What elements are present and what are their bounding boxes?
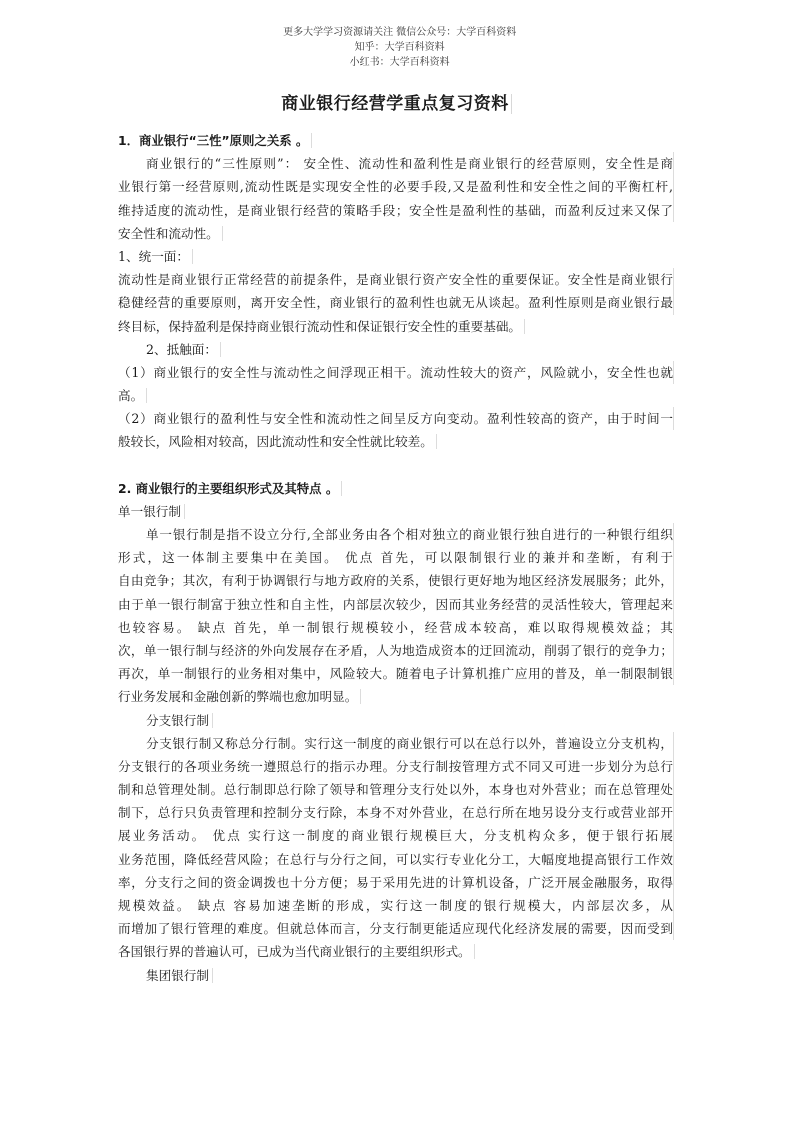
text-line: 形式，这一体制主要集中在美国。 优点 首先，可以限制银行业的兼并和垄断，有利于 [118,546,674,569]
text-line: 行业务发展和金融创新的弊端也愈加明显。 [118,685,674,708]
text-line: 单一银行制是指不设立分行,全部业务由各个相对独立的商业银行独自进行的一种银行组织 [118,523,674,546]
paragraph-conflict: （1）商业银行的安全性与流动性之间浮现正相干。流动性较大的资产，风险就小，安全性… [118,361,674,454]
text-line: 高。 [118,384,674,407]
text-line: 也较容易。 缺点 首先，单一制银行规模较小，经营成本较高，难以取得规模效益；其 [118,616,674,639]
document-title: 商业银行经营学重点复习资料 [0,89,793,114]
paragraph-unity: 流动性是商业银行正常经营的前提条件，是商业银行资产安全性的重要保证。安全性是商业… [118,268,674,338]
section-heading-organization-forms: 2. 商业银行的主要组织形式及其特点 。 [118,477,674,500]
text-line: 维持适度的流动性，是商业银行经营的策略手段；安全性是盈利性的基础，而盈利反过来又… [118,199,674,222]
text-line: 业银行第一经营原则,流动性既是实现安全性的必要手段,又是盈利性和安全性之间的平衡… [118,175,674,198]
header-wechat-text: 更多大学学习资源请关注 微信公众号：大学百科资料 [283,27,516,38]
text-line: 再次，单一制银行的业务相对集中，风险较大。随着电子计算机推广应用的普及，单一制限… [118,662,674,685]
subheading-group-banking: 集团银行制 [118,964,674,987]
text-line: （1）商业银行的安全性与流动性之间浮现正相干。流动性较大的资产，风险就小，安全性… [118,361,674,384]
text-line: （2）商业银行的盈利性与安全性和流动性之间呈反方向变动。盈利性较高的资产，由于时… [118,407,674,430]
text-line: 终目标，保持盈利是保持商业银行流动性和保证银行安全性的重要基础。 [118,315,674,338]
paragraph-unit-banking: 单一银行制是指不设立分行,全部业务由各个相对独立的商业银行独自进行的一种银行组织… [118,523,674,709]
header-zhihu-text: 知乎：大学百科资料 [355,42,445,53]
text-line: 次，单一银行制与经济的外向发展存在矛盾，人为地造成资本的迂回流动，削弱了银行的竞… [118,639,674,662]
text-line: 分支银行制又称总分行制。实行这一制度的商业银行可以在总行以外，普遍设立分支机构， [118,732,674,755]
text-line: 稳健经营的重要原则，离开安全性，商业银行的盈利性也就无从谈起。盈利性原则是商业银… [118,291,674,314]
subheading-unit-banking: 单一银行制 [118,500,674,523]
paragraph-three-principles-intro: 商业银行的“三性原则”： 安全性、流动性和盈利性是商业银行的经营原则，安全性是商… [118,152,674,245]
text-line: 率，分支行之间的资金调拨也十分方便；易于采用先进的计算机设备，广泛开展金融服务，… [118,871,674,894]
subheading-conflict: 2、抵触面： [118,338,674,361]
document-title-text: 商业银行经营学重点复习资料 [281,94,512,114]
section-heading-three-principles: 1．商业银行“三性”原则之关系 。 [118,129,674,152]
subheading-branch-banking: 分支银行制 [118,709,674,732]
text-line: 展业务活动。 优点 实行这一制度的商业银行规模巨大，分支机构众多，便于银行拓展 [118,824,674,847]
page-header-banner: 更多大学学习资源请关注 微信公众号：大学百科资料 知乎：大学百科资料 小红书：大… [0,12,793,68]
text-line: 安全性和流动性。 [118,222,674,245]
text-line: 分支银行的各项业务统一遵照总行的指示办理。分支行制按管理方式不同又可进一步划分为… [118,755,674,778]
text-line: 各国银行界的普遍认可，已成为当代商业银行的主要组织形式。 [118,940,674,963]
text-line: 流动性是商业银行正常经营的前提条件，是商业银行资产安全性的重要保证。安全性是商业… [118,268,674,291]
text-line: 而增加了银行管理的难度。但就总体而言，分支行制更能适应现代化经济发展的需要，因而… [118,917,674,940]
text-line: 规模效益。 缺点 容易加速垄断的形成，实行这一制度的银行规模大，内部层次多，从 [118,894,674,917]
text-line: 由于单一银行制富于独立性和自主性，内部层次较少，因而其业务经营的灵活性较大，管理… [118,593,674,616]
spacer [118,454,674,477]
text-line: 般较长，风险相对较高，因此流动性和安全性就比较差。 [118,430,674,453]
text-line: 制下，总行只负责管理和控制分支行除，本身不对外营业，在总行所在地另设分支行或营业… [118,801,674,824]
text-line: 业务范围，降低经营风险；在总行与分行之间，可以实行专业化分工，大幅度地提高银行工… [118,848,674,871]
text-line: 商业银行的“三性原则”： 安全性、流动性和盈利性是商业银行的经营原则，安全性是商 [118,152,674,175]
paragraph-branch-banking: 分支银行制又称总分行制。实行这一制度的商业银行可以在总行以外，普遍设立分支机构，… [118,732,674,964]
document-body: 1．商业银行“三性”原则之关系 。 商业银行的“三性原则”： 安全性、流动性和盈… [118,129,674,987]
text-line: 制和总管理处制。总行制即总行除了领导和管理分支行处以外，本身也对外营业；而在总管… [118,778,674,801]
header-xiaohongshu-text: 小红书：大学百科资料 [350,57,450,68]
subheading-unity: 1、统一面： [118,245,674,268]
text-line: 自由竞争；其次，有利于协调银行与地方政府的关系，使银行更好地为地区经济发展服务；… [118,569,674,592]
